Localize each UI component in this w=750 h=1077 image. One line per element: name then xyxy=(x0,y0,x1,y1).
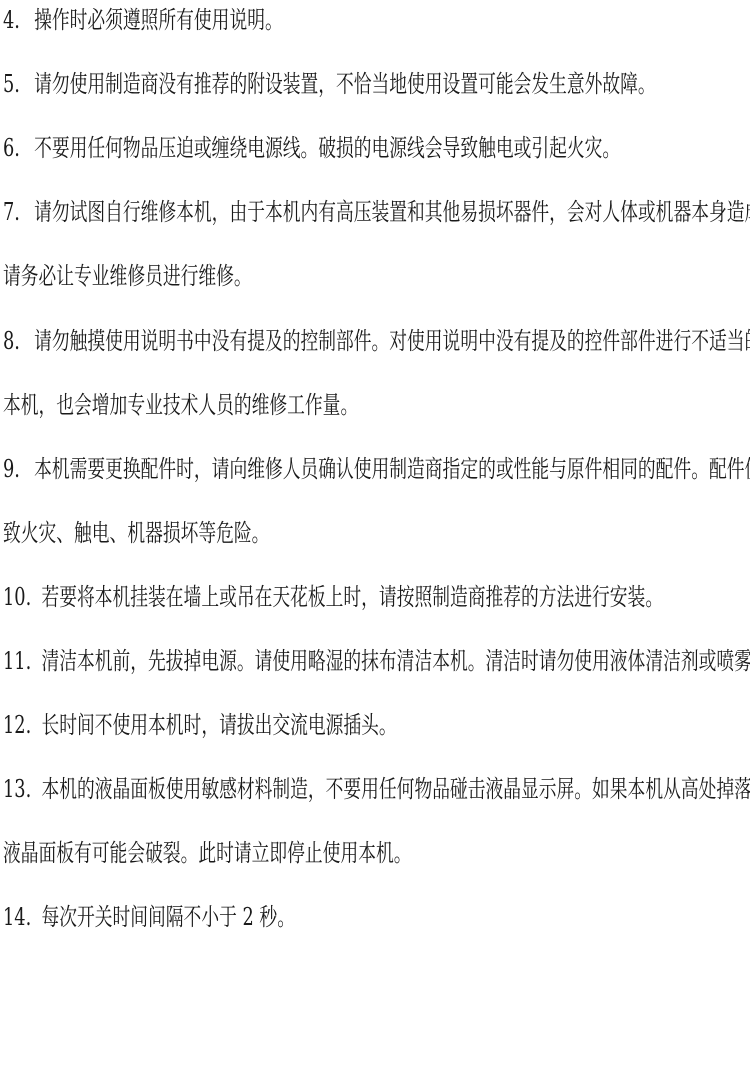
item-text: 本机，也会增加专业技术人员的维修工作量。 xyxy=(3,391,358,419)
instruction-item-9-continuation: 致火灾、触电、机器损坏等危险。 xyxy=(3,518,269,548)
item-number: 13. xyxy=(3,774,41,804)
item-number: 6. xyxy=(3,133,34,163)
item-text: 请务必让专业维修员进行维修。 xyxy=(3,262,252,290)
instruction-item-13-continuation: 液晶面板有可能会破裂。此时请立即停止使用本机。 xyxy=(3,838,411,868)
item-number: 5. xyxy=(3,69,34,99)
instruction-item-10: 10.若要将本机挂装在墙上或吊在天花板上时，请按照制造商推荐的方法进行安装。 xyxy=(3,582,663,612)
item-text: 致火灾、触电、机器损坏等危险。 xyxy=(3,519,269,547)
item-text: 请勿触摸使用说明书中没有提及的控制部件。对使用说明中没有提及的控件部件进行不适当… xyxy=(34,327,750,355)
instruction-item-11: 11.清洁本机前，先拔掉电源。请使用略湿的抹布清洁本机。清洁时请勿使用液体清洁剂… xyxy=(3,646,750,676)
instruction-item-8: 8.请勿触摸使用说明书中没有提及的控制部件。对使用说明中没有提及的控件部件进行不… xyxy=(3,326,750,356)
item-text: 不要用任何物品压迫或缠绕电源线。破损的电源线会导致触电或引起火灾。 xyxy=(34,134,620,162)
item-number: 10. xyxy=(3,582,41,612)
item-number: 14. xyxy=(3,902,41,932)
item-text: 长时间不使用本机时，请拔出交流电源插头。 xyxy=(41,711,396,739)
item-number: 4. xyxy=(3,5,34,35)
instruction-item-6: 6.不要用任何物品压迫或缠绕电源线。破损的电源线会导致触电或引起火灾。 xyxy=(3,133,620,163)
instruction-item-8-continuation: 本机，也会增加专业技术人员的维修工作量。 xyxy=(3,390,358,420)
instruction-item-12: 12.长时间不使用本机时，请拔出交流电源插头。 xyxy=(3,710,397,740)
instruction-item-13: 13.本机的液晶面板使用敏感材料制造，不要用任何物品碰击液晶显示屏。如果本机从高… xyxy=(3,774,750,804)
item-text: 若要将本机挂装在墙上或吊在天花板上时，请按照制造商推荐的方法进行安装。 xyxy=(41,583,663,611)
item-number: 12. xyxy=(3,710,41,740)
item-number: 7. xyxy=(3,197,34,227)
item-text: 本机的液晶面板使用敏感材料制造，不要用任何物品碰击液晶显示屏。如果本机从高处掉落… xyxy=(41,775,750,803)
item-text: 操作时必须遵照所有使用说明。 xyxy=(34,6,283,34)
item-number: 11. xyxy=(3,646,41,676)
item-text: 请勿试图自行维修本机，由于本机内有高压装置和其他易损坏器件，会对人体或机器本身造… xyxy=(34,198,750,226)
item-text: 液晶面板有可能会破裂。此时请立即停止使用本机。 xyxy=(3,839,411,867)
item-text: 本机需要更换配件时，请向维修人员确认使用制造商指定的或性能与原件相同的配件。配件… xyxy=(34,455,750,483)
instruction-item-4: 4.操作时必须遵照所有使用说明。 xyxy=(3,5,283,35)
instruction-item-7-continuation: 请务必让专业维修员进行维修。 xyxy=(3,261,252,291)
instruction-item-14: 14.每次开关时间间隔不小于 2 秒。 xyxy=(3,902,295,932)
item-number: 8. xyxy=(3,326,34,356)
instruction-item-5: 5.请勿使用制造商没有推荐的附设装置，不恰当地使用设置可能会发生意外故障。 xyxy=(3,69,656,99)
item-text: 请勿使用制造商没有推荐的附设装置，不恰当地使用设置可能会发生意外故障。 xyxy=(34,70,656,98)
instruction-item-9: 9.本机需要更换配件时，请向维修人员确认使用制造商指定的或性能与原件相同的配件。… xyxy=(3,454,750,484)
instruction-item-7: 7.请勿试图自行维修本机，由于本机内有高压装置和其他易损坏器件，会对人体或机器本… xyxy=(3,197,750,227)
item-text: 清洁本机前，先拔掉电源。请使用略湿的抹布清洁本机。清洁时请勿使用液体清洁剂或喷雾… xyxy=(41,647,750,675)
item-number: 9. xyxy=(3,454,34,484)
item-text: 每次开关时间间隔不小于 2 秒。 xyxy=(41,903,294,931)
